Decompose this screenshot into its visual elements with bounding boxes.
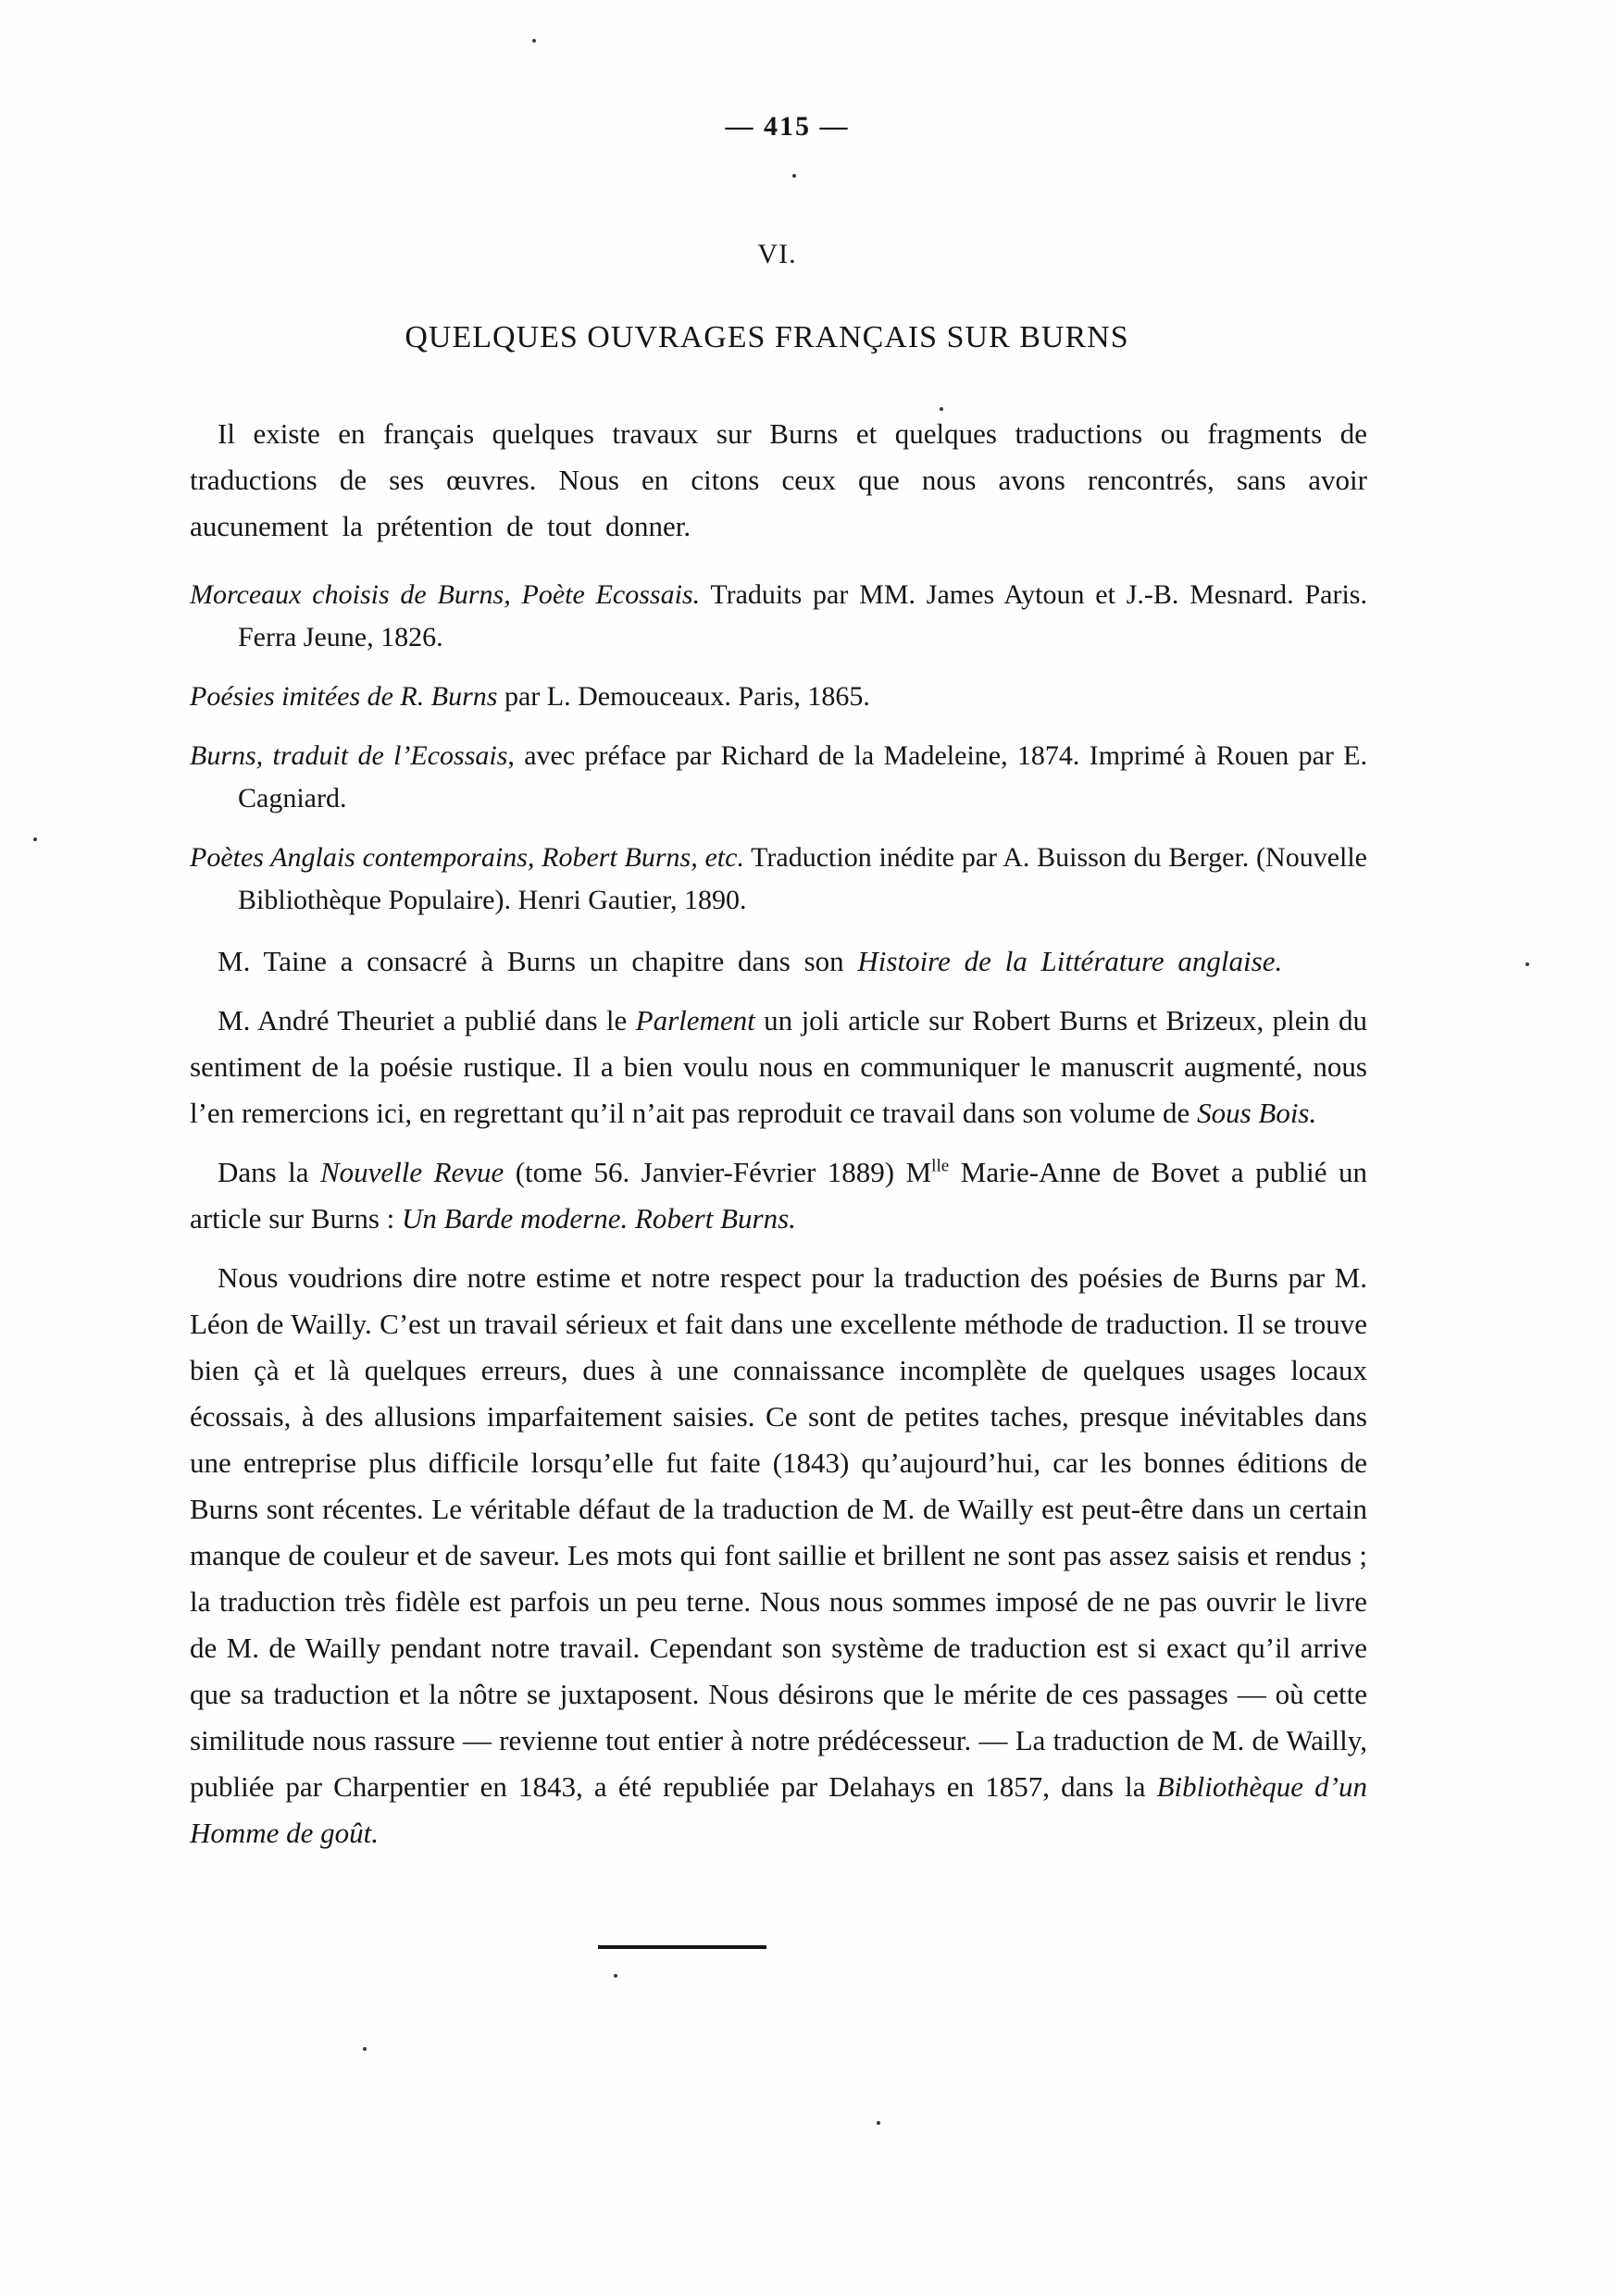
scan-speck (33, 838, 37, 841)
page-title: QUELQUES OUVRAGES FRANÇAIS SUR BURNS (0, 320, 1534, 355)
page-number: — 415 — (0, 0, 1575, 143)
wailly-paragraph: Nous voudrions dire notre estime et notr… (190, 1255, 1367, 1856)
section-divider-rule (598, 1945, 766, 1949)
scan-speck (1526, 962, 1529, 966)
scan-speck (877, 2121, 880, 2125)
taine-paragraph: M. Taine a consacré à Burns un chapitre … (190, 938, 1367, 985)
scan-speck (614, 1974, 617, 1978)
revue-paragraph: Dans la Nouvelle Revue (tome 56. Janvier… (190, 1149, 1367, 1242)
bibliography-entry-demouceaux: Poésies imitées de R. Burns par L. Demou… (190, 676, 1367, 718)
book-page: — 415 — VI. QUELQUES OUVRAGES FRANÇAIS S… (0, 0, 1619, 2296)
scan-speck (792, 174, 796, 178)
bibliography-entry-madeleine: Burns, traduit de l’Ecossais, avec préfa… (190, 735, 1367, 820)
bibliography-entry-buisson: Poètes Anglais contemporains, Robert Bur… (190, 837, 1367, 922)
text-column: Il existe en français quelques travaux s… (190, 411, 1367, 1949)
bibliography-entry-aytoun: Morceaux choisis de Burns, Poète Ecossai… (190, 574, 1367, 659)
scan-speck (363, 2047, 367, 2051)
scan-speck (940, 407, 943, 411)
intro-paragraph: Il existe en français quelques travaux s… (190, 411, 1367, 550)
theuriet-paragraph: M. André Theuriet a publié dans le Parle… (190, 998, 1367, 1136)
scan-speck (532, 39, 536, 43)
section-heading: VI. (0, 239, 1554, 270)
bibliography-list: Morceaux choisis de Burns, Poète Ecossai… (190, 574, 1367, 922)
